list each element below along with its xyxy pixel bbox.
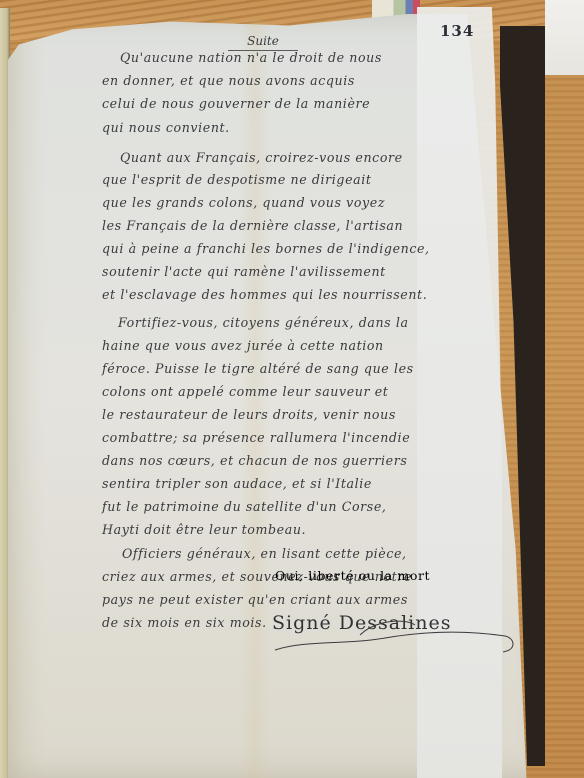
- letter-line: féroce. Puisse le tigre altéré de sang q…: [102, 361, 414, 376]
- letter-line: dans nos cœurs, et chacun de nos guerrie…: [102, 453, 407, 468]
- letter-line: Hayti doit être leur tombeau.: [102, 522, 306, 537]
- letter-line: qui à peine a franchi les bornes de l'in…: [102, 241, 430, 256]
- letter-line: Qu'aucune nation n'a le droit de nous: [120, 50, 382, 65]
- letter-line: le restaurateur de leurs droits, venir n…: [102, 407, 396, 422]
- letter-line: que les grands colons, quand vous voyez: [102, 195, 385, 210]
- letter-closing: Oui, liberté ou la mort: [275, 568, 430, 583]
- letter-line: Fortifiez-vous, citoyens généreux, dans …: [118, 315, 409, 330]
- letter-line: Quant aux Français, croirez-vous encore: [120, 150, 403, 165]
- letter-line: sentira tripler son audace, et si l'Ital…: [102, 476, 372, 491]
- background-light-area: [545, 0, 584, 75]
- letter-line: Officiers généraux, en lisant cette pièc…: [122, 546, 407, 561]
- letter-line: fut le patrimoine du satellite d'un Cors…: [102, 499, 387, 514]
- letter-line: soutenir l'acte qui ramène l'avilissemen…: [102, 264, 386, 279]
- letter-heading: Suite: [228, 34, 298, 51]
- letter-line: combattre; sa présence rallumera l'incen…: [102, 430, 410, 445]
- letter-line: de six mois en six mois.: [102, 615, 267, 630]
- letter-line: qui nous convient.: [102, 120, 230, 135]
- folio-number: 134: [440, 22, 474, 40]
- letter-line: colons ont appelé comme leur sauveur et: [102, 384, 388, 399]
- letter-line: que l'esprit de despotisme ne dirigeait: [102, 172, 372, 187]
- letter-line: haine que vous avez jurée à cette nation: [102, 338, 384, 353]
- letter-line: en donner, et que nous avons acquis: [102, 73, 355, 88]
- letter-line: les Français de la dernière classe, l'ar…: [102, 218, 403, 233]
- folio-slip: [417, 7, 502, 778]
- letter-line: et l'esclavage des hommes qui les nourri…: [102, 287, 427, 302]
- signature-flourish-icon: [265, 600, 525, 660]
- letter-line: celui de nous gouverner de la manière: [102, 96, 370, 111]
- paper-fold-line: [240, 20, 270, 778]
